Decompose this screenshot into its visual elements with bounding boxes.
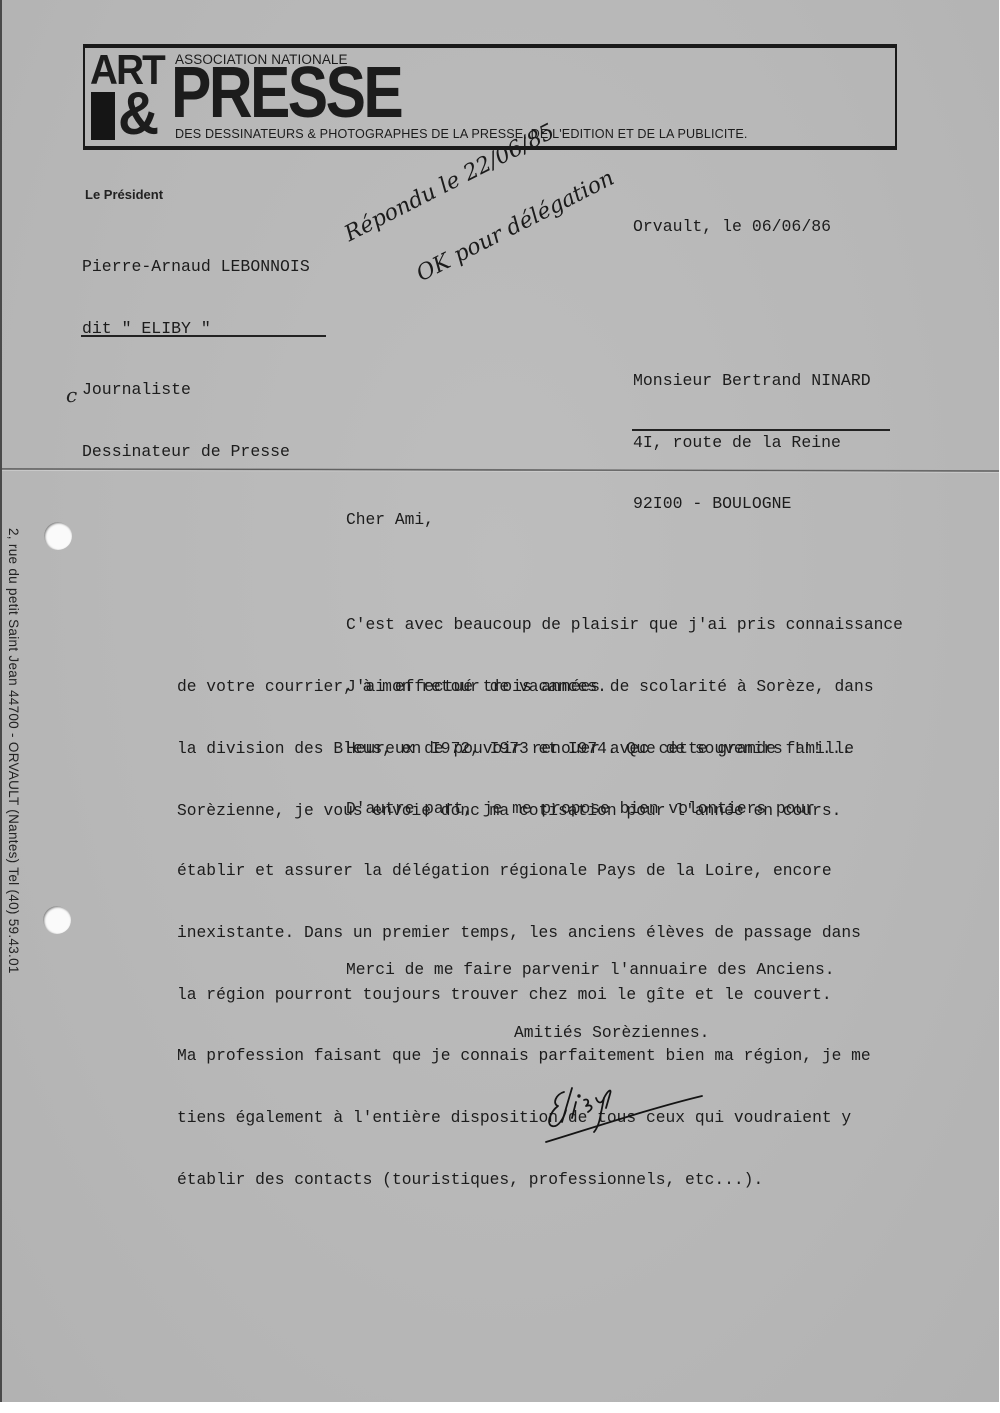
letterhead: ART & ASSOCIATION NATIONALE PRESSE DES D… <box>83 44 897 150</box>
president-label: Le Président <box>85 187 163 202</box>
paragraph-line: établir et assurer la délégation régiona… <box>177 861 871 882</box>
paragraph-line: Ma profession faisant que je connais par… <box>177 1046 871 1067</box>
side-address: 2, rue du petit Saint Jean 44700 - ORVAU… <box>4 528 26 1068</box>
paragraph-line: tiens également à l'entière disposition … <box>177 1108 871 1129</box>
punch-hole <box>43 906 71 934</box>
paragraph-line: Heureux de pouvoir renouer avec cette gr… <box>177 739 854 760</box>
logo-presse: PRESSE <box>171 60 401 126</box>
signature-scribble-icon <box>542 1078 712 1148</box>
letterhead-tagline: DES DESSINATEURS & PHOTOGRAPHES DE LA PR… <box>175 127 748 141</box>
paragraph-line: la région pourront toujours trouver chez… <box>177 985 871 1006</box>
greeting: Cher Ami, <box>346 510 434 531</box>
paragraph-line: établir des contacts (touristiques, prof… <box>177 1170 871 1191</box>
paragraph: D'autre part, je me propose bien volonti… <box>177 758 871 1232</box>
signature <box>542 1078 712 1148</box>
logo-ampersand: & <box>118 86 159 142</box>
recipient-block: Monsieur Bertrand NINARD 4I, route de la… <box>633 330 871 556</box>
recipient-street: 4I, route de la Reine <box>633 433 871 454</box>
punch-hole <box>44 522 72 550</box>
sender-block: Pierre-Arnaud LEBONNOIS dit " ELIBY " Jo… <box>82 216 310 503</box>
paragraph-line: inexistante. Dans un premier temps, les … <box>177 923 871 944</box>
sender-name: Pierre-Arnaud LEBONNOIS <box>82 257 310 278</box>
sender-divider <box>81 335 326 337</box>
paragraph-line: J'ai effectué trois années de scolarité … <box>177 677 874 698</box>
recipient-divider <box>632 429 890 431</box>
sender-profession: Dessinateur de Presse <box>82 442 310 463</box>
recipient-name: Monsieur Bertrand NINARD <box>633 371 871 392</box>
handwritten-annotation: Répondu le 22/06/85 OK pour délégation <box>352 160 622 290</box>
letter-date: Orvault, le 06/06/86 <box>633 217 831 236</box>
request-line: Merci de me faire parvenir l'annuaire de… <box>346 960 835 979</box>
closing-line: Amitiés Sorèziennes. <box>514 1023 709 1042</box>
side-address-text: 2, rue du petit Saint Jean 44700 - ORVAU… <box>6 528 21 974</box>
paragraph-line: C'est avec beaucoup de plaisir que j'ai … <box>177 615 903 636</box>
margin-mark: c <box>66 383 77 407</box>
logo-black-block <box>91 92 115 140</box>
recipient-city: 92I00 - BOULOGNE <box>633 494 871 515</box>
letter-page: ART & ASSOCIATION NATIONALE PRESSE DES D… <box>0 0 999 1402</box>
sender-title: Journaliste <box>82 380 310 401</box>
paragraph-line: D'autre part, je me propose bien volonti… <box>177 799 871 820</box>
